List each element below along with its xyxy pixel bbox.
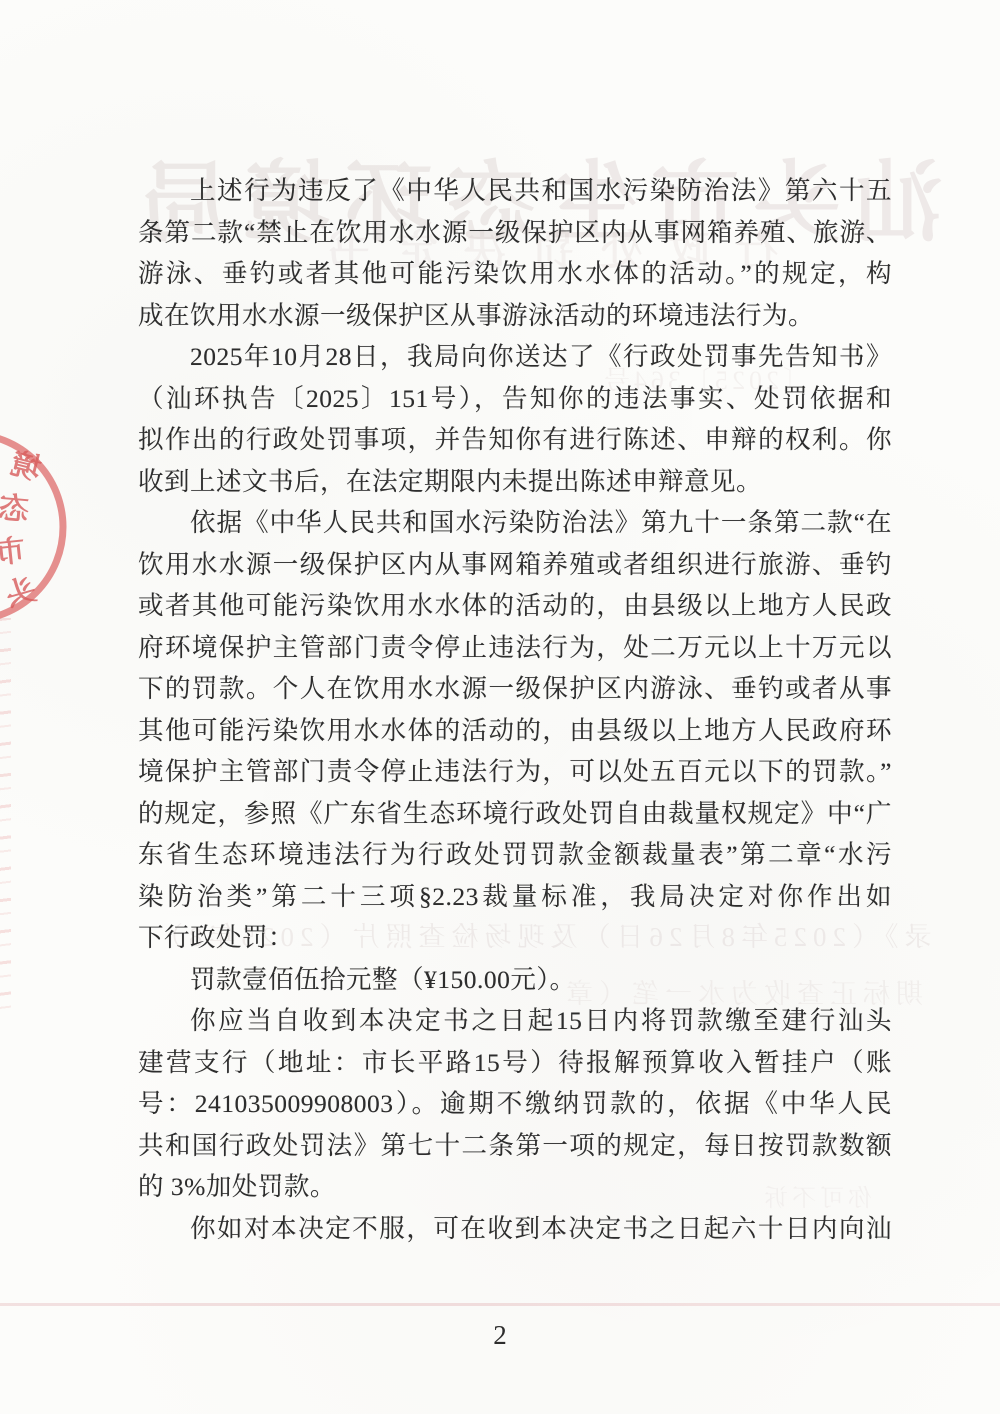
text-line: 拟作出的行政处罚事项，并告知你有进行陈述、申辩的权利。你 <box>138 419 892 461</box>
text-line: 染防治类”第二十三项§2.23裁量标准，我局决定对你作出如 <box>138 876 892 918</box>
text-line: 下行政处罚： <box>138 917 892 959</box>
text-line: （汕环执告〔2025〕151号），告知你的违法事实、处罚依据和 <box>138 378 892 420</box>
document-body: 上述行为违反了《中华人民共和国水污染防治法》第六十五条第二款“禁止在饮用水水源一… <box>138 170 892 1249</box>
text-line: 其他可能污染饮用水水体的活动的，由县级以上地方人民政府环 <box>138 710 892 752</box>
text-line: 的规定，参照《广东省生态环境行政处罚自由裁量权规定》中“广 <box>138 793 892 835</box>
seal-character: 市 <box>0 534 27 570</box>
text-line: 你如对本决定不服，可在收到本决定书之日起六十日内向汕 <box>138 1208 892 1250</box>
seal-character: 头 <box>1 573 40 613</box>
text-line: 依据《中华人民共和国水污染防治法》第九十一条第二款“在 <box>138 502 892 544</box>
text-line: 号：241035009908003）。逾期不缴纳罚款的，依据《中华人民 <box>138 1083 892 1125</box>
text-line: 境保护主管部门责令停止违法行为，可以处五百元以下的罚款。” <box>138 751 892 793</box>
text-line: 府环境保护主管部门责令停止违法行为，处二万元以上十万元以 <box>138 627 892 669</box>
text-line: 你应当自收到本决定书之日起15日内将罚款缴至建行汕头 <box>138 1000 892 1042</box>
red-seal-stamp: 境 态 市 头 <box>0 430 80 640</box>
text-line: 的 3%加处罚款。 <box>138 1166 892 1208</box>
text-line: 条第二款“禁止在饮用水水源一级保护区内从事网箱养殖、旅游、 <box>138 212 892 254</box>
text-line: 建营支行（地址：市长平路15号）待报解预算收入暂挂户（账 <box>138 1042 892 1084</box>
page-number: 2 <box>0 1320 1000 1351</box>
seal-character: 境 <box>7 447 44 487</box>
seal-character: 态 <box>0 491 30 527</box>
text-line: 或者其他可能污染饮用水水体的活动的，由县级以上地方人民政 <box>138 585 892 627</box>
text-line: 成在饮用水水源一级保护区从事游泳活动的环境违法行为。 <box>138 295 892 337</box>
text-line: 上述行为违反了《中华人民共和国水污染防治法》第六十五 <box>138 170 892 212</box>
text-line: 共和国行政处罚法》第七十二条第一项的规定，每日按罚款数额 <box>138 1125 892 1167</box>
text-line: 游泳、垂钓或者其他可能污染饮用水水体的活动。”的规定，构 <box>138 253 892 295</box>
text-line: 罚款壹佰伍拾元整（¥150.00元）。 <box>138 959 892 1001</box>
text-line: 下的罚款。个人在饮用水水源一级保护区内游泳、垂钓或者从事 <box>138 668 892 710</box>
seal-ring <box>0 434 63 620</box>
text-line: 2025年10月28日，我局向你送达了《行政处罚事先告知书》 <box>138 336 892 378</box>
left-edge-red-marks <box>0 618 11 1018</box>
scanner-streak-line <box>0 1303 1000 1306</box>
text-line: 东省生态环境违法行为行政处罚罚款金额裁量表”第二章“水污 <box>138 834 892 876</box>
scanned-document-page: 汕头市生态环境局 行政处罚决定书 〔2025〕364号 录》（2025年8月26… <box>0 0 1000 1414</box>
text-line: 收到上述文书后，在法定期限内未提出陈述申辩意见。 <box>138 461 892 503</box>
text-line: 饮用水水源一级保护区内从事网箱养殖或者组织进行旅游、垂钓 <box>138 544 892 586</box>
